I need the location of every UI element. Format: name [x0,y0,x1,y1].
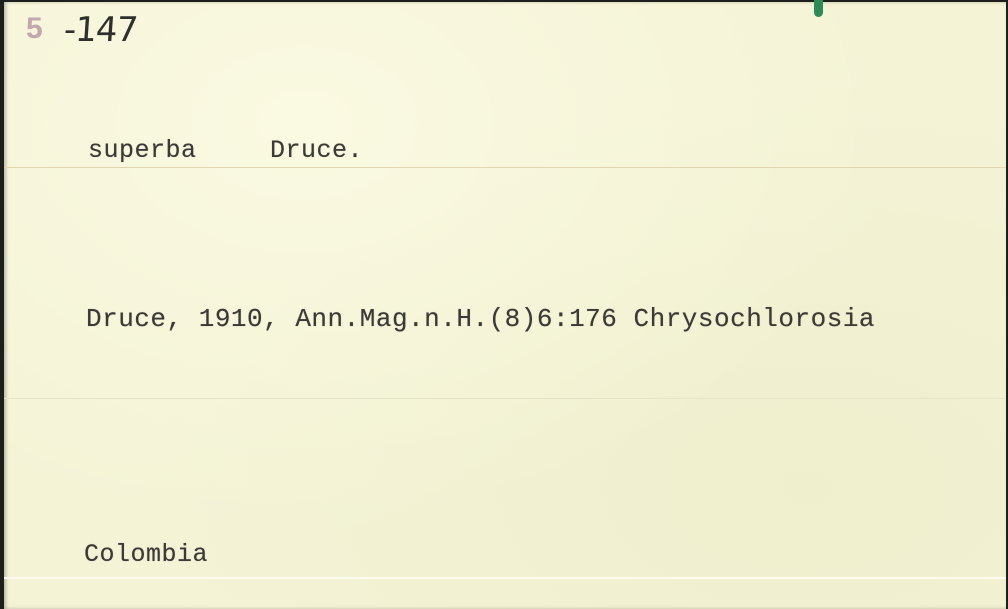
handwritten-number: -147 [63,10,139,50]
author-name: Druce. [270,136,363,165]
citation-text: Druce, 1910, Ann.Mag.n.H.(8)6:176 Chryso… [86,304,875,334]
ruled-line [4,167,1006,168]
ruled-line [4,577,1006,579]
ruled-line [4,398,1006,399]
green-tab-marker [814,0,823,17]
stamp-number: 5 [26,12,43,46]
locality-text: Colombia [84,540,208,569]
index-card: 5 -147 superba Druce. Druce, 1910, Ann.M… [4,2,1006,609]
species-name: superba [88,136,197,165]
